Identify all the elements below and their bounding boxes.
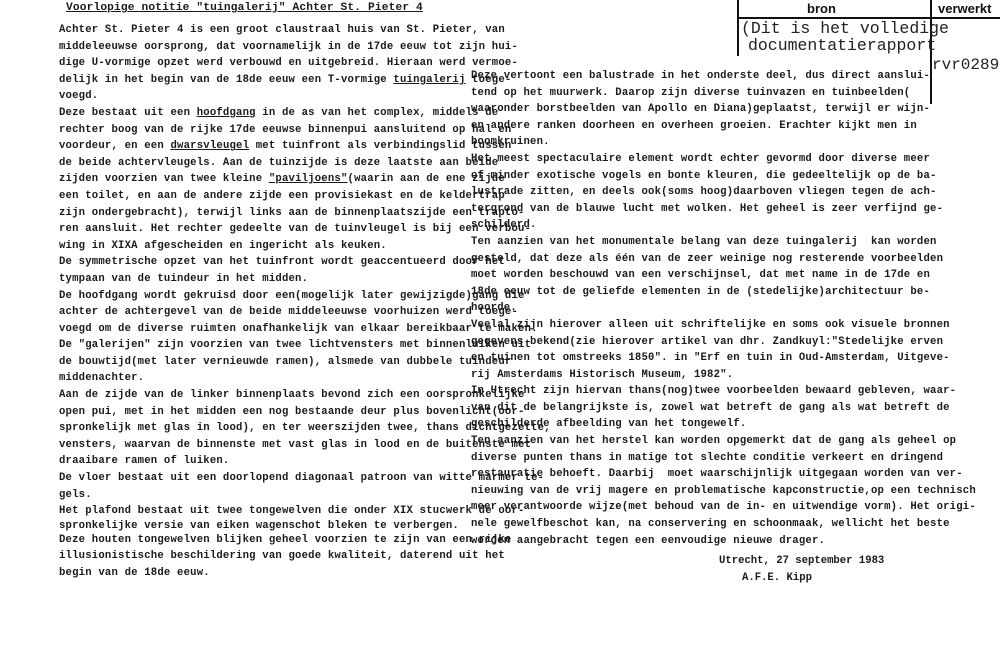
text-line: ren aansluit. Het rechter gedeelte van d… xyxy=(59,221,459,238)
text-line: hoorde. xyxy=(471,300,901,317)
text-segment: Deze houten tongewelven blijken geheel v… xyxy=(59,534,511,546)
text-line: een toilet, en aan de andere zijde een p… xyxy=(59,188,459,205)
text-line: delijk in het begin van de 18de eeuw een… xyxy=(59,72,459,89)
text-segment: vensters, waarvan de binnenste met vast … xyxy=(59,439,531,451)
text-line: illusionistische beschildering van goede… xyxy=(59,548,459,565)
text-line: Het meest spectaculaire element wordt ec… xyxy=(471,151,901,168)
text-line: Veelal zijn hierover alleen uit schrifte… xyxy=(471,317,901,334)
text-line: nele gewelfbeschot kan, na conservering … xyxy=(471,516,901,533)
text-line: 18de eeuw tot de geliefde elementen in d… xyxy=(471,284,901,301)
text-line: nieuwing van de vrij magere en problemat… xyxy=(471,483,901,500)
text-line: gesteld, dat deze als één van de zeer we… xyxy=(471,251,901,268)
text-line: Deze houten tongewelven blijken geheel v… xyxy=(59,532,459,549)
underlined-term: hoofdgang xyxy=(197,107,256,119)
text-segment: Deze bestaat uit een xyxy=(59,107,197,119)
text-segment: de beide achtervleugels. Aan de tuinzijd… xyxy=(59,157,498,169)
stamp-header-bron: bron xyxy=(807,1,836,16)
text-line: en andere ranken doorheen en overheen gr… xyxy=(471,118,901,135)
text-segment: De "galerijen" zijn voorzien van twee li… xyxy=(59,339,531,351)
text-line: open pui, met in het midden een nog best… xyxy=(59,404,459,421)
text-segment: voegd om de diverse ruimten onafhankelij… xyxy=(59,323,538,335)
text-segment: rechter boog van de rijke 17de eeuwse bi… xyxy=(59,124,511,136)
text-line: rij Amsterdams Historisch Museum, 1982". xyxy=(471,367,901,384)
text-segment: begin van de 18de eeuw. xyxy=(59,567,210,579)
text-segment: Achter St. Pieter 4 is een groot claustr… xyxy=(59,24,505,36)
right-text-column: Deze vertoont een balustrade in het onde… xyxy=(471,68,901,549)
text-line: Ten aanzien van het herstel kan worden o… xyxy=(471,433,901,450)
text-segment: voegd. xyxy=(59,90,98,102)
text-line: draaibare ramen of luiken. xyxy=(59,453,459,470)
text-line: tympaan van de tuindeur in het midden. xyxy=(59,271,459,288)
text-segment: een toilet, en aan de andere zijde een p… xyxy=(59,190,505,202)
text-line: Het plafond bestaat uit twee tongewelven… xyxy=(59,503,459,520)
text-line: zijn ondergebracht), terwijl links aan d… xyxy=(59,205,459,222)
text-segment: middeleeuwse oorsprong, dat voornamelijk… xyxy=(59,41,518,53)
text-segment: spronkelijke versie van eiken wagenschot… xyxy=(59,520,459,532)
text-line: Deze bestaat uit een hoofdgang in de as … xyxy=(59,105,459,122)
text-segment: De symmetrische opzet van het tuinfront … xyxy=(59,256,505,268)
text-line: De "galerijen" zijn voorzien van twee li… xyxy=(59,337,459,354)
text-line: spronkelijke versie van eiken wagenschot… xyxy=(59,520,459,532)
text-line: voegd. xyxy=(59,88,459,105)
text-line: de beide achtervleugels. Aan de tuinzijd… xyxy=(59,155,459,172)
text-segment: Het plafond bestaat uit twee tongewelven… xyxy=(59,505,525,517)
text-line: de bouwtijd(met later vernieuwde ramen),… xyxy=(59,354,459,371)
text-line: tend op het muurwerk. Daarop zijn divers… xyxy=(471,85,901,102)
signature-place-date: Utrecht, 27 september 1983 xyxy=(719,555,884,567)
text-line: zijden voorzien van twee kleine "paviljo… xyxy=(59,171,459,188)
text-segment: middenachter. xyxy=(59,372,144,384)
text-line: en tuinen tot omstreeks 1850". in "Erf e… xyxy=(471,350,901,367)
text-segment: open pui, met in het midden een nog best… xyxy=(59,406,525,418)
text-line: De symmetrische opzet van het tuinfront … xyxy=(59,254,459,271)
text-line: Aan de zijde van de linker binnenplaats … xyxy=(59,387,459,404)
text-line: geschilderde afbeelding van het tongewel… xyxy=(471,416,901,433)
text-line: vensters, waarvan de binnenste met vast … xyxy=(59,437,459,454)
text-line: gels. xyxy=(59,487,459,504)
text-segment: wing in XIXA afgescheiden en ingericht a… xyxy=(59,240,387,252)
text-line: dige U-vormige opzet werd verbouwd en ui… xyxy=(59,55,459,72)
text-line: meer verantwoorde wijze(met behoud van d… xyxy=(471,499,901,516)
document-page: Voorlopige notitie "tuingalerij" Achter … xyxy=(0,0,1000,648)
text-segment: tympaan van de tuindeur in het midden. xyxy=(59,273,308,285)
stamp-bron-line-2: documentatierapport xyxy=(748,37,936,54)
text-line: voordeur, en een dwarsvleugel met tuinfr… xyxy=(59,138,459,155)
text-segment: achter de achtergevel van de beide midde… xyxy=(59,306,518,318)
text-line: gegevens bekend(zie hierover artikel van… xyxy=(471,334,901,351)
text-line: voegd om de diverse ruimten onafhankelij… xyxy=(59,321,459,338)
text-segment: zijden voorzien van twee kleine xyxy=(59,173,269,185)
text-line: restauratie behoeft. Daarbij moet waarsc… xyxy=(471,466,901,483)
stamp-header-verwerkt: verwerkt xyxy=(938,1,991,16)
text-line: schilderd. xyxy=(471,217,901,234)
text-line: In Utrecht zijn hiervan thans(nog)twee v… xyxy=(471,383,901,400)
stamp-verwerkt-code: rvr0289 xyxy=(932,56,999,74)
text-line: Ten aanzien van het monumentale belang v… xyxy=(471,234,901,251)
text-segment: zijn ondergebracht), terwijl links aan d… xyxy=(59,207,525,219)
stamp-bron-line-1: (Dit is het volledige xyxy=(741,20,949,37)
text-segment: De hoofdgang wordt gekruisd door een(mog… xyxy=(59,290,525,302)
text-line: Achter St. Pieter 4 is een groot claustr… xyxy=(59,22,459,39)
text-segment: delijk in het begin van de 18de eeuw een… xyxy=(59,74,393,86)
text-line: tergrond van de blauwe lucht met wolken.… xyxy=(471,201,901,218)
text-line: moet worden beschouwd van een verschijns… xyxy=(471,267,901,284)
document-title: Voorlopige notitie "tuingalerij" Achter … xyxy=(66,2,423,14)
text-line: middenachter. xyxy=(59,370,459,387)
text-line: De vloer bestaat uit een doorlopend diag… xyxy=(59,470,459,487)
signature-author: A.F.E. Kipp xyxy=(742,572,812,584)
text-line: wing in XIXA afgescheiden en ingericht a… xyxy=(59,238,459,255)
stamp-border-left xyxy=(737,0,739,56)
text-line: van dit de belangrijkste is, zowel wat b… xyxy=(471,400,901,417)
text-segment: de bouwtijd(met later vernieuwde ramen),… xyxy=(59,356,511,368)
text-line: lustrade zitten, en deels ook(soms hoog)… xyxy=(471,184,901,201)
text-segment: dige U-vormige opzet werd verbouwd en ui… xyxy=(59,57,518,69)
text-line: waaronder borstbeelden van Apollo en Dia… xyxy=(471,101,901,118)
underlined-term: tuingalerij xyxy=(393,74,465,86)
text-segment: gels. xyxy=(59,489,92,501)
text-segment: in de as van het complex, middels de xyxy=(256,107,499,119)
text-line: De hoofdgang wordt gekruisd door een(mog… xyxy=(59,288,459,305)
text-line: Deze vertoont een balustrade in het onde… xyxy=(471,68,901,85)
underlined-term: "paviljoens" xyxy=(269,173,348,185)
underlined-term: dwarsvleugel xyxy=(170,140,249,152)
text-segment: voordeur, en een xyxy=(59,140,170,152)
text-segment: illusionistische beschildering van goede… xyxy=(59,550,505,562)
text-line: spronkelijk met glas in lood), en ter we… xyxy=(59,420,459,437)
text-line: worden aangebracht tegen een eenvoudige … xyxy=(471,533,901,550)
text-line: middeleeuwse oorsprong, dat voornamelijk… xyxy=(59,39,459,56)
text-line: of minder exotische vogels en bonte kleu… xyxy=(471,168,901,185)
left-text-column: Achter St. Pieter 4 is een groot claustr… xyxy=(59,22,459,582)
text-segment: ren aansluit. Het rechter gedeelte van d… xyxy=(59,223,531,235)
text-line: boomkruinen. xyxy=(471,134,901,151)
text-segment: draaibare ramen of luiken. xyxy=(59,455,230,467)
text-line: begin van de 18de eeuw. xyxy=(59,565,459,582)
text-line: achter de achtergevel van de beide midde… xyxy=(59,304,459,321)
text-line: diverse punten thans in matige tot slech… xyxy=(471,450,901,467)
text-line: rechter boog van de rijke 17de eeuwse bi… xyxy=(59,122,459,139)
text-segment: Aan de zijde van de linker binnenplaats … xyxy=(59,389,525,401)
